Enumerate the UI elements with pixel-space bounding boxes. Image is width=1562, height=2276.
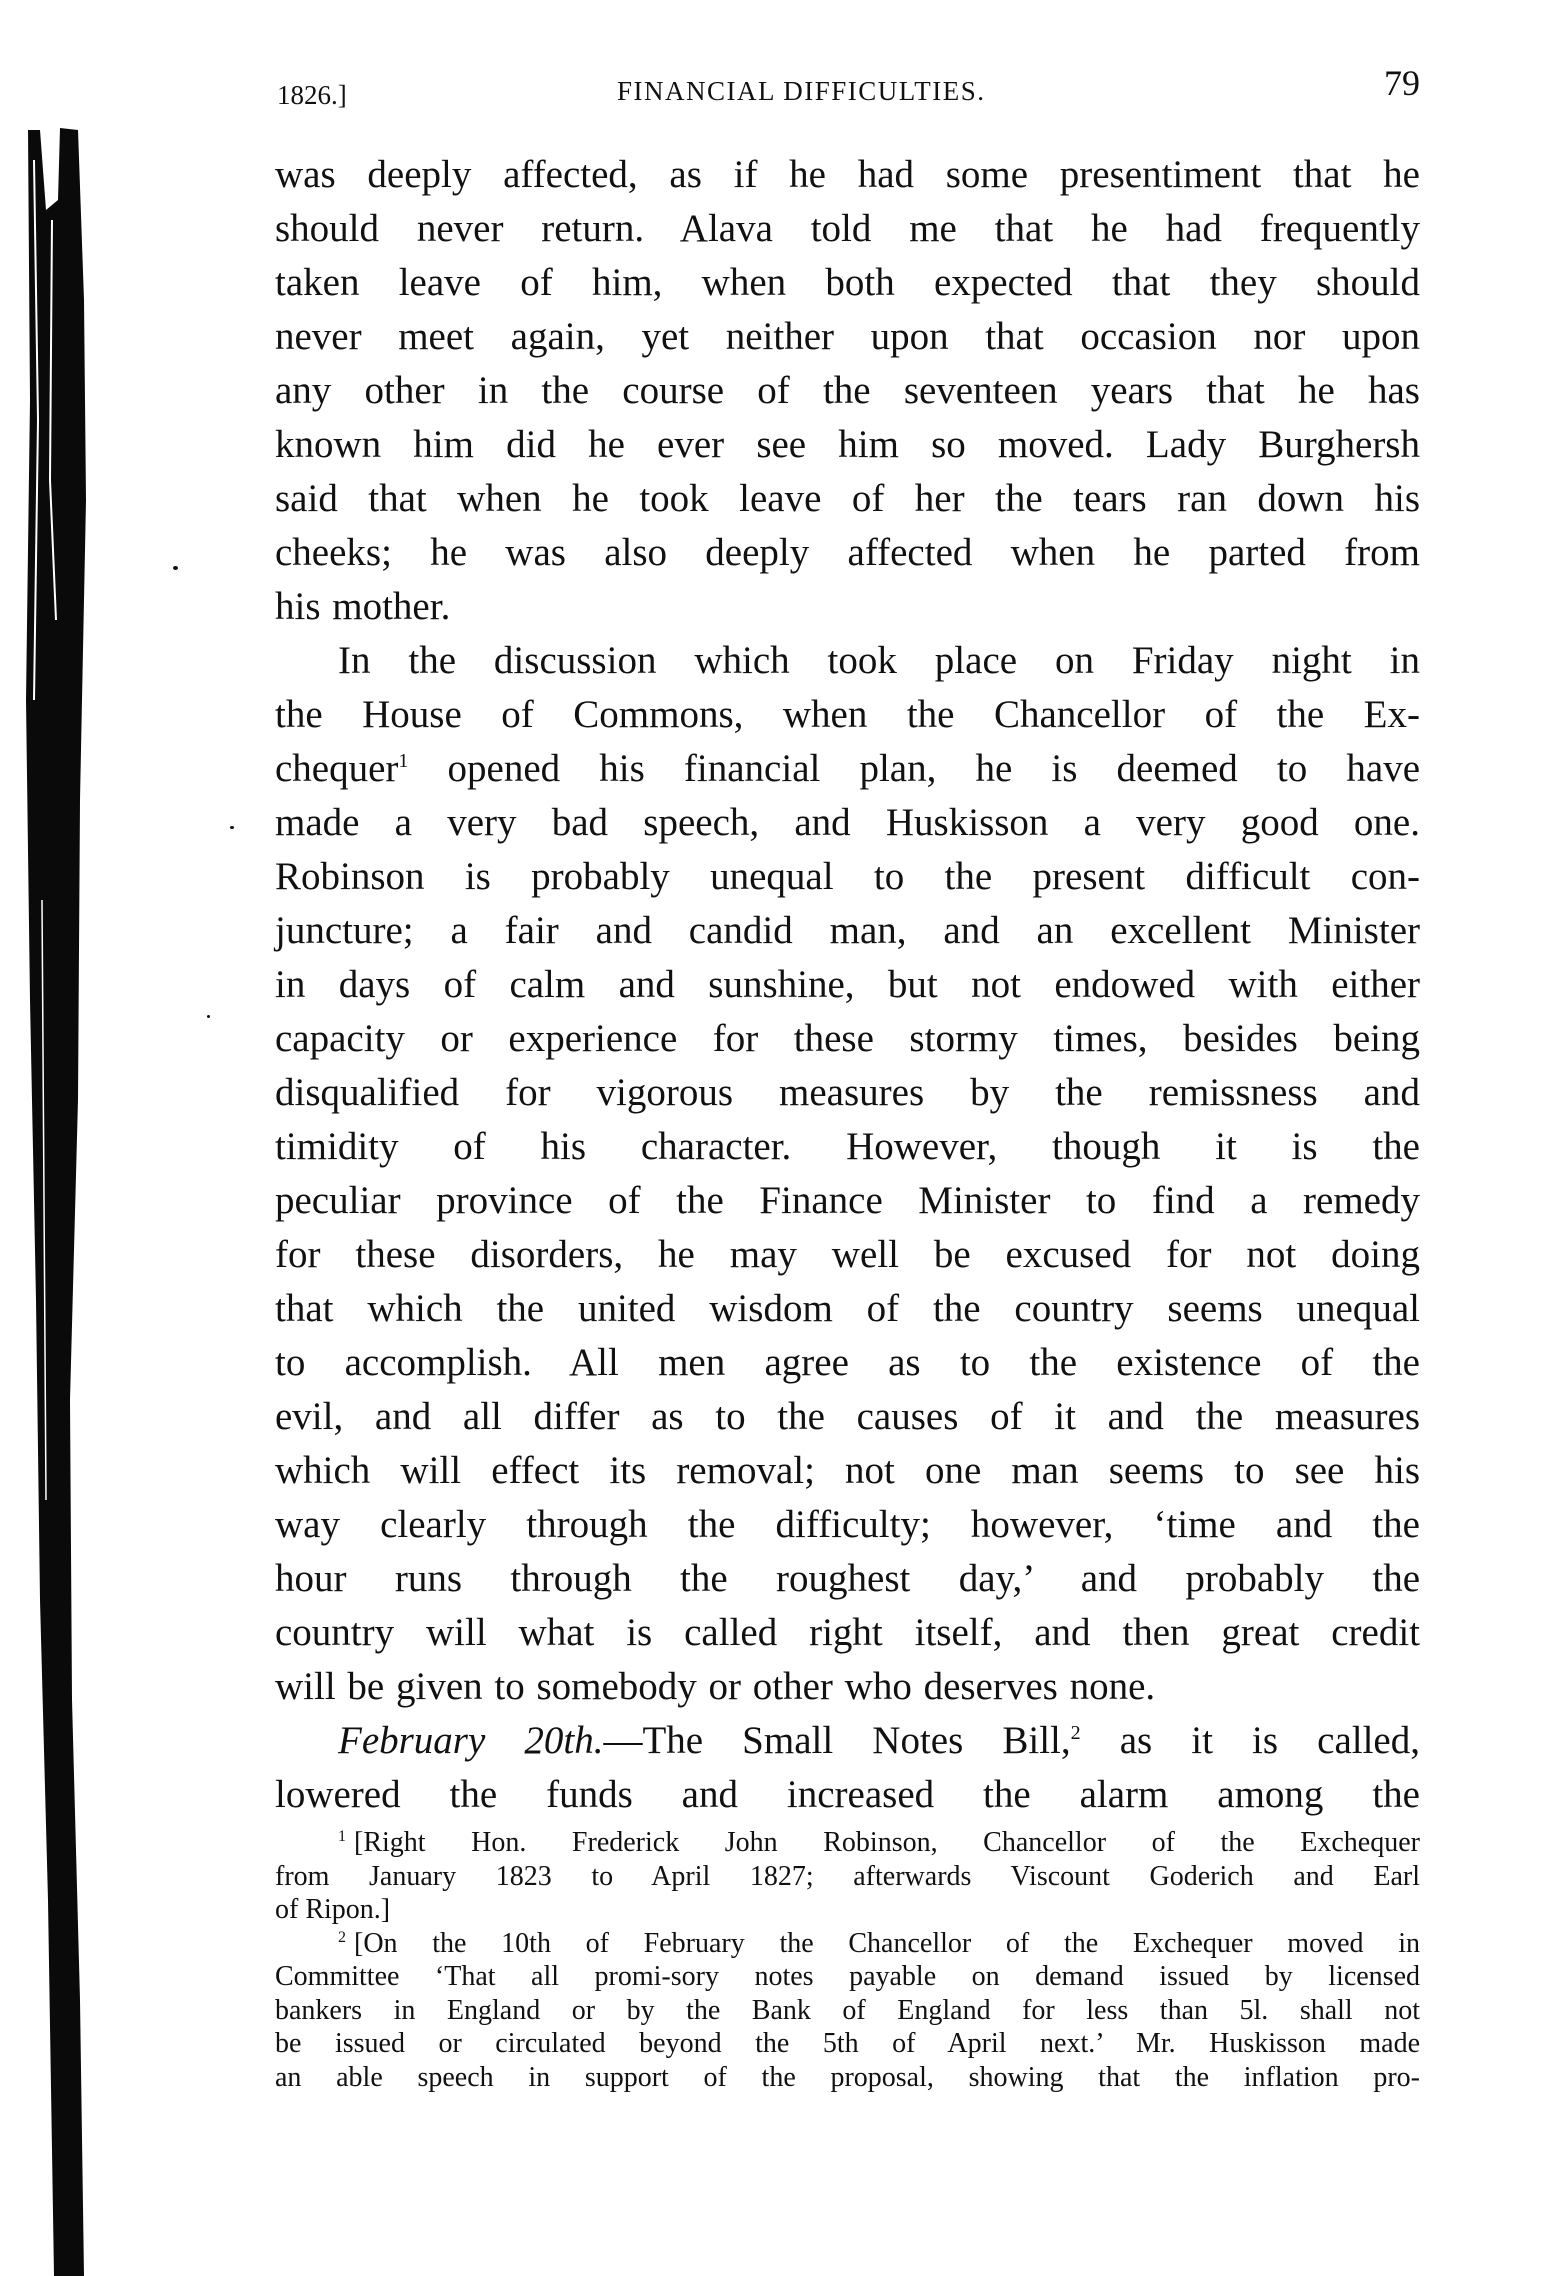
footnote-2: 2[On the 10th of February the Chancellor…	[275, 1927, 1420, 1961]
footnote-line: from January 1823 to April 1827; afterwa…	[275, 1860, 1420, 1894]
footnote-line: an able speech in support of the proposa…	[275, 2061, 1420, 2095]
footnotes: 1[Right Hon. Frederick John Robinson, Ch…	[275, 1826, 1420, 2094]
running-header: 1826.] FINANCIAL DIFFICULTIES. 79	[277, 62, 1420, 112]
text-line: evil, and all differ as to the causes of…	[275, 1390, 1420, 1444]
text-line: made a very bad speech, and Huskisson a …	[275, 796, 1420, 850]
text-fragment: opened his financial plan, he is deemed …	[448, 747, 1420, 790]
footnote-line: Committee ‘That all promi-sory notes pay…	[275, 1960, 1420, 1994]
footnote-line: bankers in England or by the Bank of Eng…	[275, 1994, 1420, 2028]
ink-speck	[207, 1015, 210, 1018]
text-line: was deeply affected, as if he had some p…	[275, 148, 1420, 202]
ink-speck	[173, 566, 178, 570]
text-line: his mother.	[275, 580, 1420, 634]
text-line: way clearly through the difficulty; howe…	[275, 1498, 1420, 1552]
text-line: disqualified for vigorous measures by th…	[275, 1066, 1420, 1120]
text-fragment: as it is called,	[1081, 1719, 1420, 1762]
book-binding-edge	[0, 0, 110, 2276]
text-line: peculiar province of the Finance Ministe…	[275, 1174, 1420, 1228]
text-line: said that when he took leave of her the …	[275, 472, 1420, 526]
footnote-1: 1[Right Hon. Frederick John Robinson, Ch…	[275, 1826, 1420, 1860]
text-line-with-footnote-ref: chequer1 opened his financial plan, he i…	[275, 742, 1420, 796]
text-line: lowered the funds and increased the alar…	[275, 1768, 1420, 1822]
text-line: which will effect its removal; not one m…	[275, 1444, 1420, 1498]
entry-date: February 20th.	[338, 1719, 603, 1762]
text-line: should never return. Alava told me that …	[275, 202, 1420, 256]
text-line: never meet again, yet neither upon that …	[275, 310, 1420, 364]
dated-entry-line: February 20th.—The Small Notes Bill,2 as…	[275, 1714, 1420, 1768]
text-line: the House of Commons, when the Chancello…	[275, 688, 1420, 742]
text-line: juncture; a fair and candid man, and an …	[275, 904, 1420, 958]
text-line: capacity or experience for these stormy …	[275, 1012, 1420, 1066]
text-line: taken leave of him, when both expected t…	[275, 256, 1420, 310]
text-fragment: —The Small Notes Bill,	[603, 1719, 1070, 1762]
text-fragment: chequer	[275, 747, 398, 790]
text-line: timidity of his character. However, thou…	[275, 1120, 1420, 1174]
footnote-ref-1[interactable]: 1	[398, 750, 408, 772]
text-line: in days of calm and sunshine, but not en…	[275, 958, 1420, 1012]
text-line: for these disorders, he may well be excu…	[275, 1228, 1420, 1282]
text-line: that which the united wisdom of the coun…	[275, 1282, 1420, 1336]
running-header-title: FINANCIAL DIFFICULTIES.	[617, 76, 986, 107]
footnote-line: be issued or circulated beyond the 5th o…	[275, 2027, 1420, 2061]
footnote-ref-2[interactable]: 2	[1071, 1722, 1081, 1744]
footnote-text: [Right Hon. Frederick John Robinson, Cha…	[354, 1827, 1420, 1858]
main-text: was deeply affected, as if he had some p…	[275, 148, 1420, 1822]
text-line: country will what is called right itself…	[275, 1606, 1420, 1660]
text-line: Robinson is probably unequal to the pres…	[275, 850, 1420, 904]
footnote-text: [On the 10th of February the Chancellor …	[354, 1928, 1420, 1959]
running-header-date: 1826.]	[277, 80, 347, 111]
text-line: any other in the course of the seventeen…	[275, 364, 1420, 418]
footnote-line: of Ripon.]	[275, 1893, 1420, 1927]
text-line: known him did he ever see him so moved. …	[275, 418, 1420, 472]
footnote-marker: 1	[338, 1828, 346, 1845]
paragraph-start-line: In the discussion which took place on Fr…	[275, 634, 1420, 688]
footnote-marker: 2	[338, 1929, 346, 1946]
text-line: cheeks; he was also deeply affected when…	[275, 526, 1420, 580]
text-line: to accomplish. All men agree as to the e…	[275, 1336, 1420, 1390]
ink-speck	[230, 826, 234, 829]
text-line: hour runs through the roughest day,’ and…	[275, 1552, 1420, 1606]
page-number: 79	[1384, 62, 1420, 104]
text-line: will be given to somebody or other who d…	[275, 1660, 1420, 1714]
